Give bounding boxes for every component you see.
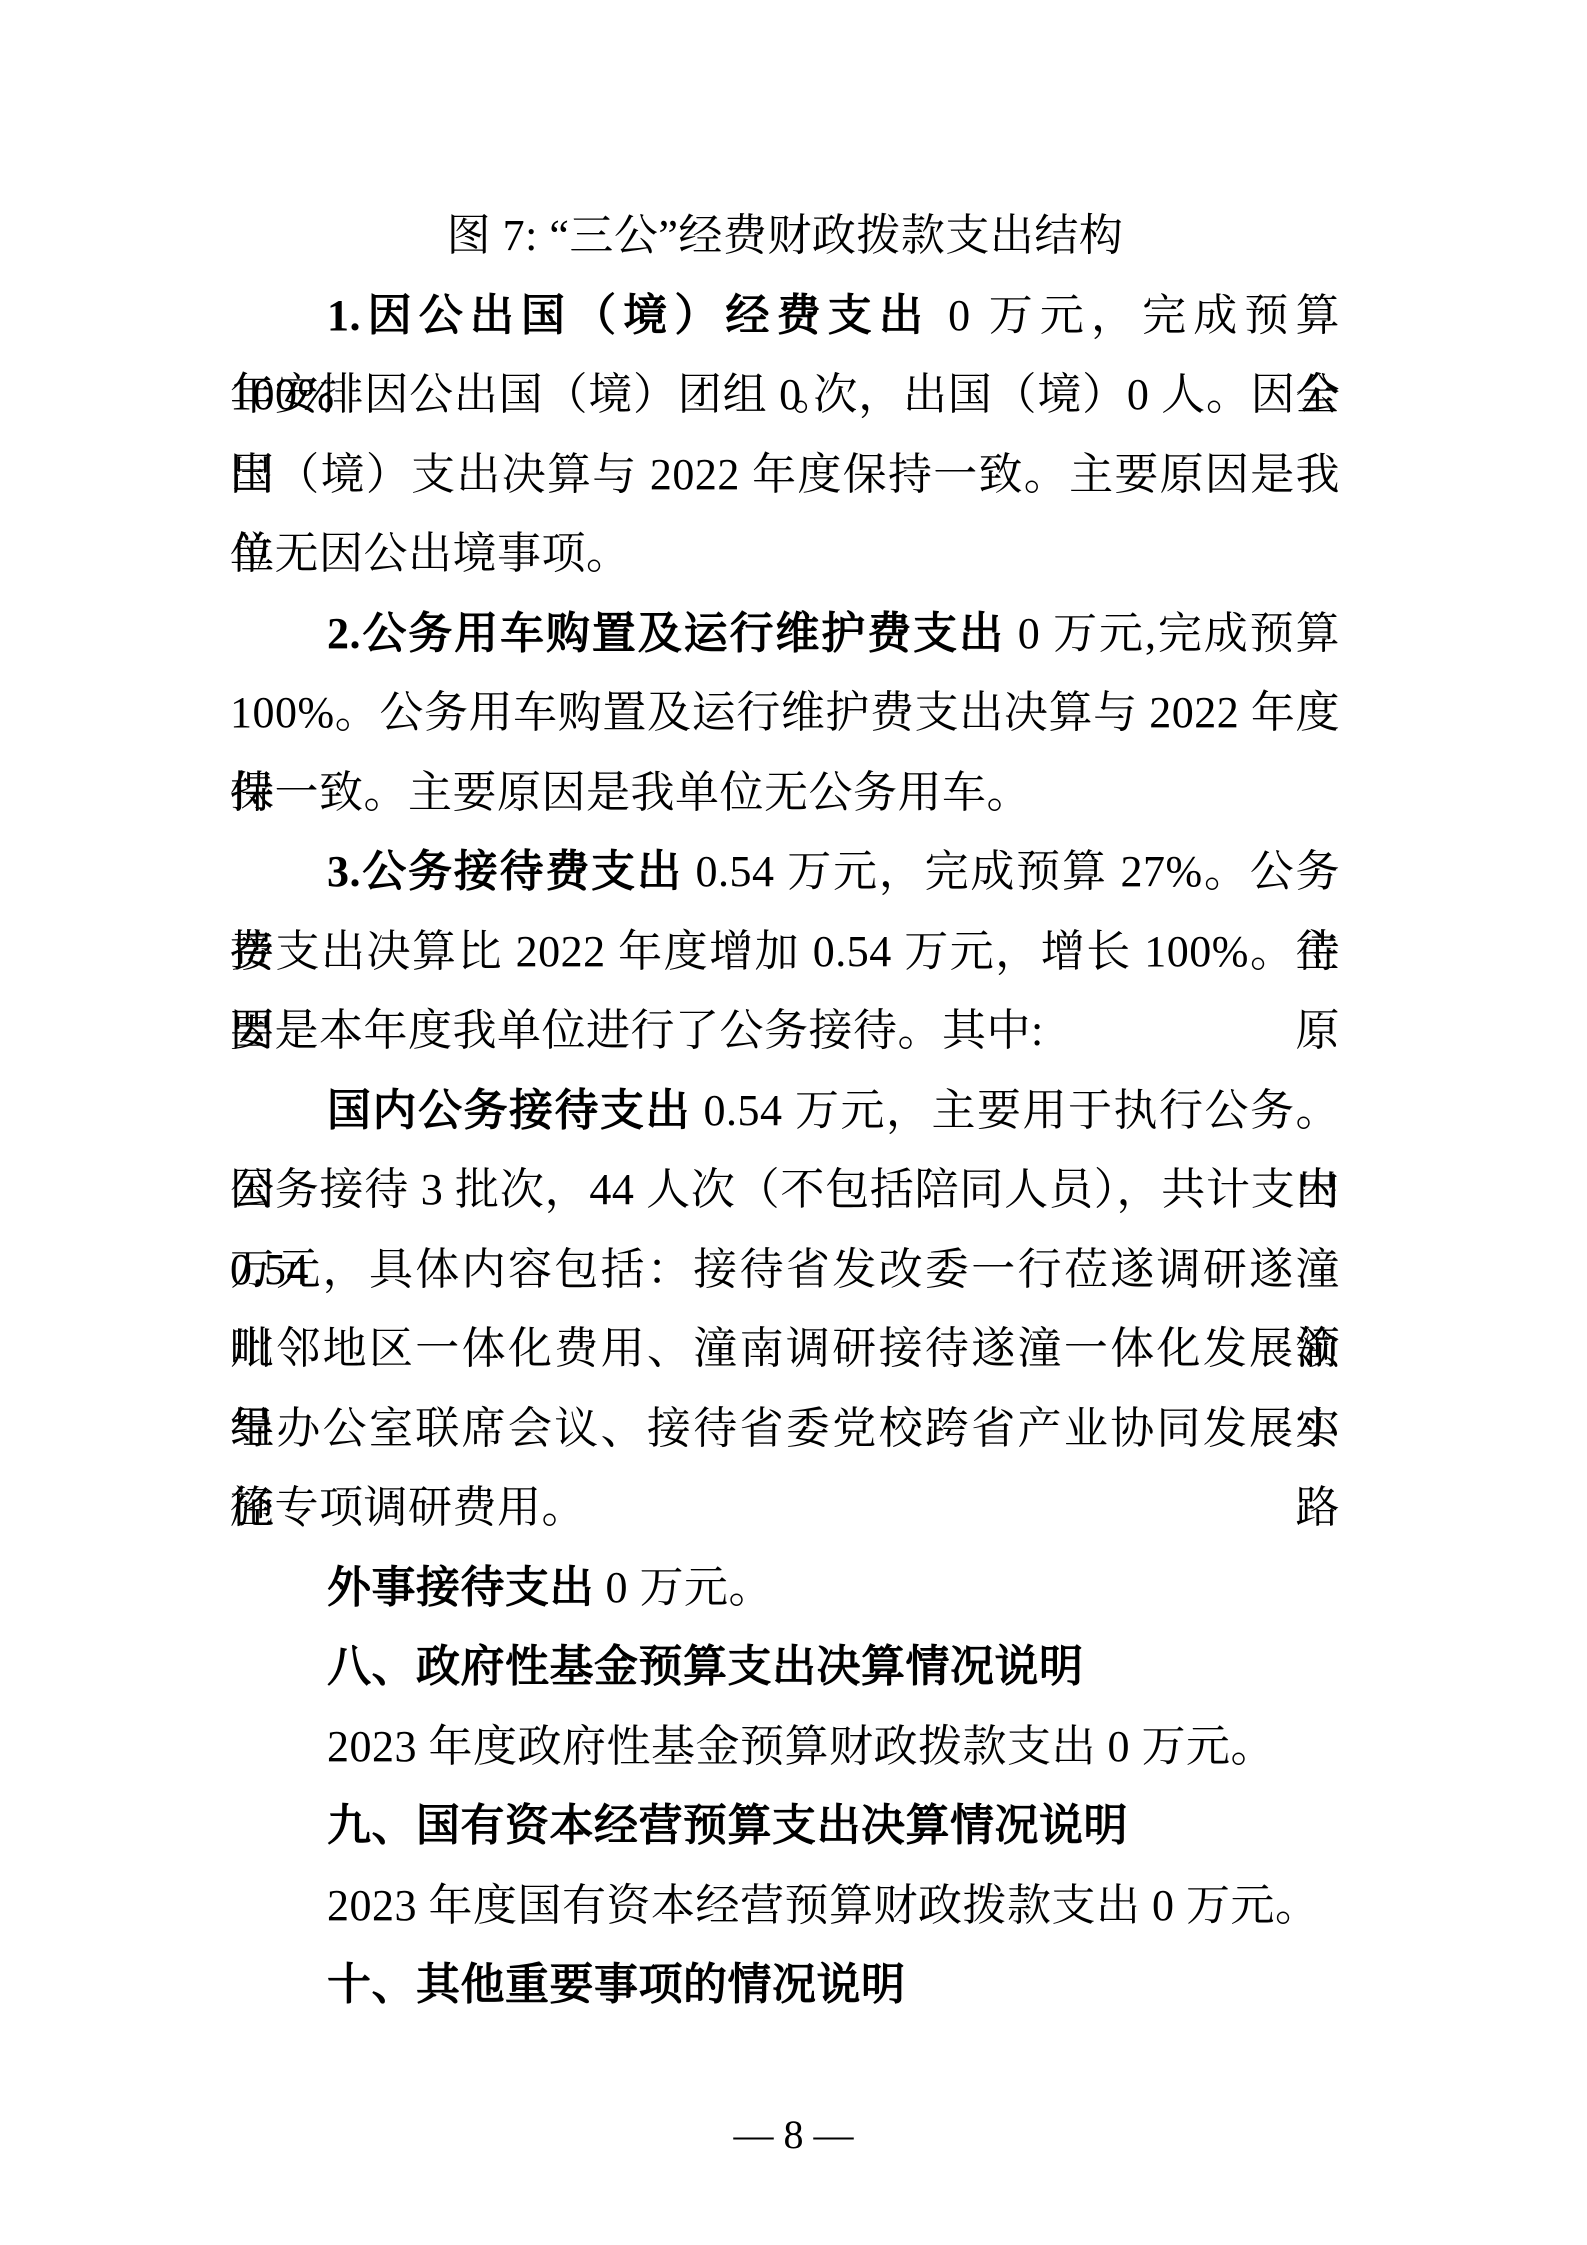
text-line: 位无因公出境事项。 — [230, 514, 1340, 594]
text-run: 径专项调研费用。 — [230, 1483, 586, 1532]
text-line: 毗邻地区一体化费用、潼南调研接待遂潼一体化发展领导小 — [230, 1309, 1340, 1389]
text-line: 组办公室联席会议、接待省委党校跨省产业协同发展实施路 — [230, 1389, 1340, 1469]
section-heading: 十、其他重要事项的情况说明 — [230, 1945, 1340, 2025]
text-run-bold: 1.因公出国（境）经费支出 — [327, 291, 930, 340]
text-line: 3.公务接待费支出 0.54 万元，完成预算 27%。公务接待 — [230, 832, 1340, 912]
section-heading: 九、国有资本经营预算支出决算情况说明 — [230, 1786, 1340, 1866]
text-line: 100%。公务用车购置及运行维护费支出决算与 2022 年度保 — [230, 673, 1340, 753]
text-run: 持一致。主要原因是我单位无公务用车。 — [230, 768, 1031, 817]
text-line: 持一致。主要原因是我单位无公务用车。 — [230, 753, 1340, 833]
text-run-bold: 九、国有资本经营预算支出决算情况说明 — [327, 1801, 1128, 1850]
document-content: 图 7: “三公”经费财政拨款支出结构1.因公出国（境）经费支出 0 万元，完成… — [230, 196, 1340, 2025]
text-line: 2.公务用车购置及运行维护费支出 0 万元,完成预算 — [230, 594, 1340, 674]
text-run: 2023 年度政府性基金预算财政拨款支出 0 万元。 — [327, 1722, 1275, 1771]
text-run: 因是本年度我单位进行了公务接待。其中: — [230, 1006, 1044, 1055]
text-run: 0 万元,完成预算 — [1005, 609, 1340, 658]
figure-caption: 图 7: “三公”经费财政拨款支出结构 — [230, 196, 1340, 276]
document-page: 图 7: “三公”经费财政拨款支出结构1.因公出国（境）经费支出 0 万元，完成… — [0, 0, 1587, 2245]
section-heading: 八、政府性基金预算支出决算情况说明 — [230, 1627, 1340, 1707]
text-run: 图 7: “三公”经费财政拨款支出结构 — [447, 211, 1124, 260]
text-line: 2023 年度国有资本经营预算财政拨款支出 0 万元。 — [230, 1866, 1340, 1946]
text-run-bold: 外事接待支出 — [327, 1563, 594, 1612]
text-line: 费支出决算比 2022 年度增加 0.54 万元，增长 100%。主要原 — [230, 912, 1340, 992]
text-line: 年安排因公出国（境）团组 0 次，出国（境）0 人。因公出 — [230, 355, 1340, 435]
text-run-bold: 国内公务接待支出 — [327, 1086, 691, 1135]
text-run: 2023 年度国有资本经营预算财政拨款支出 0 万元。 — [327, 1881, 1320, 1930]
text-run-bold: 八、政府性基金预算支出决算情况说明 — [327, 1642, 1084, 1691]
text-run-bold: 十、其他重要事项的情况说明 — [327, 1960, 906, 2009]
page-number: — 8 — — [734, 2112, 854, 2157]
text-line: 1.因公出国（境）经费支出 0 万元，完成预算 100%。全 — [230, 276, 1340, 356]
text-run-bold: 3.公务接待费支出 — [327, 847, 683, 896]
text-line: 国（境）支出决算与 2022 年度保持一致。主要原因是我单 — [230, 435, 1340, 515]
text-run: 位无因公出境事项。 — [230, 529, 631, 578]
text-run: 0 万元。 — [594, 1563, 773, 1612]
text-run-bold: 2.公务用车购置及运行维护费支出 — [327, 609, 1005, 658]
text-line: 国内公务接待支出 0.54 万元，主要用于执行公务。国内 — [230, 1071, 1340, 1151]
text-line: 公务接待 3 批次，44 人次（不包括陪同人员），共计支出 0.54 — [230, 1150, 1340, 1230]
text-line: 外事接待支出 0 万元。 — [230, 1548, 1340, 1628]
page-footer: — 8 — — [0, 2112, 1587, 2158]
text-line: 2023 年度政府性基金预算财政拨款支出 0 万元。 — [230, 1707, 1340, 1787]
text-line: 万元，具体内容包括：接待省发改委一行莅遂调研遂潼川渝 — [230, 1230, 1340, 1310]
